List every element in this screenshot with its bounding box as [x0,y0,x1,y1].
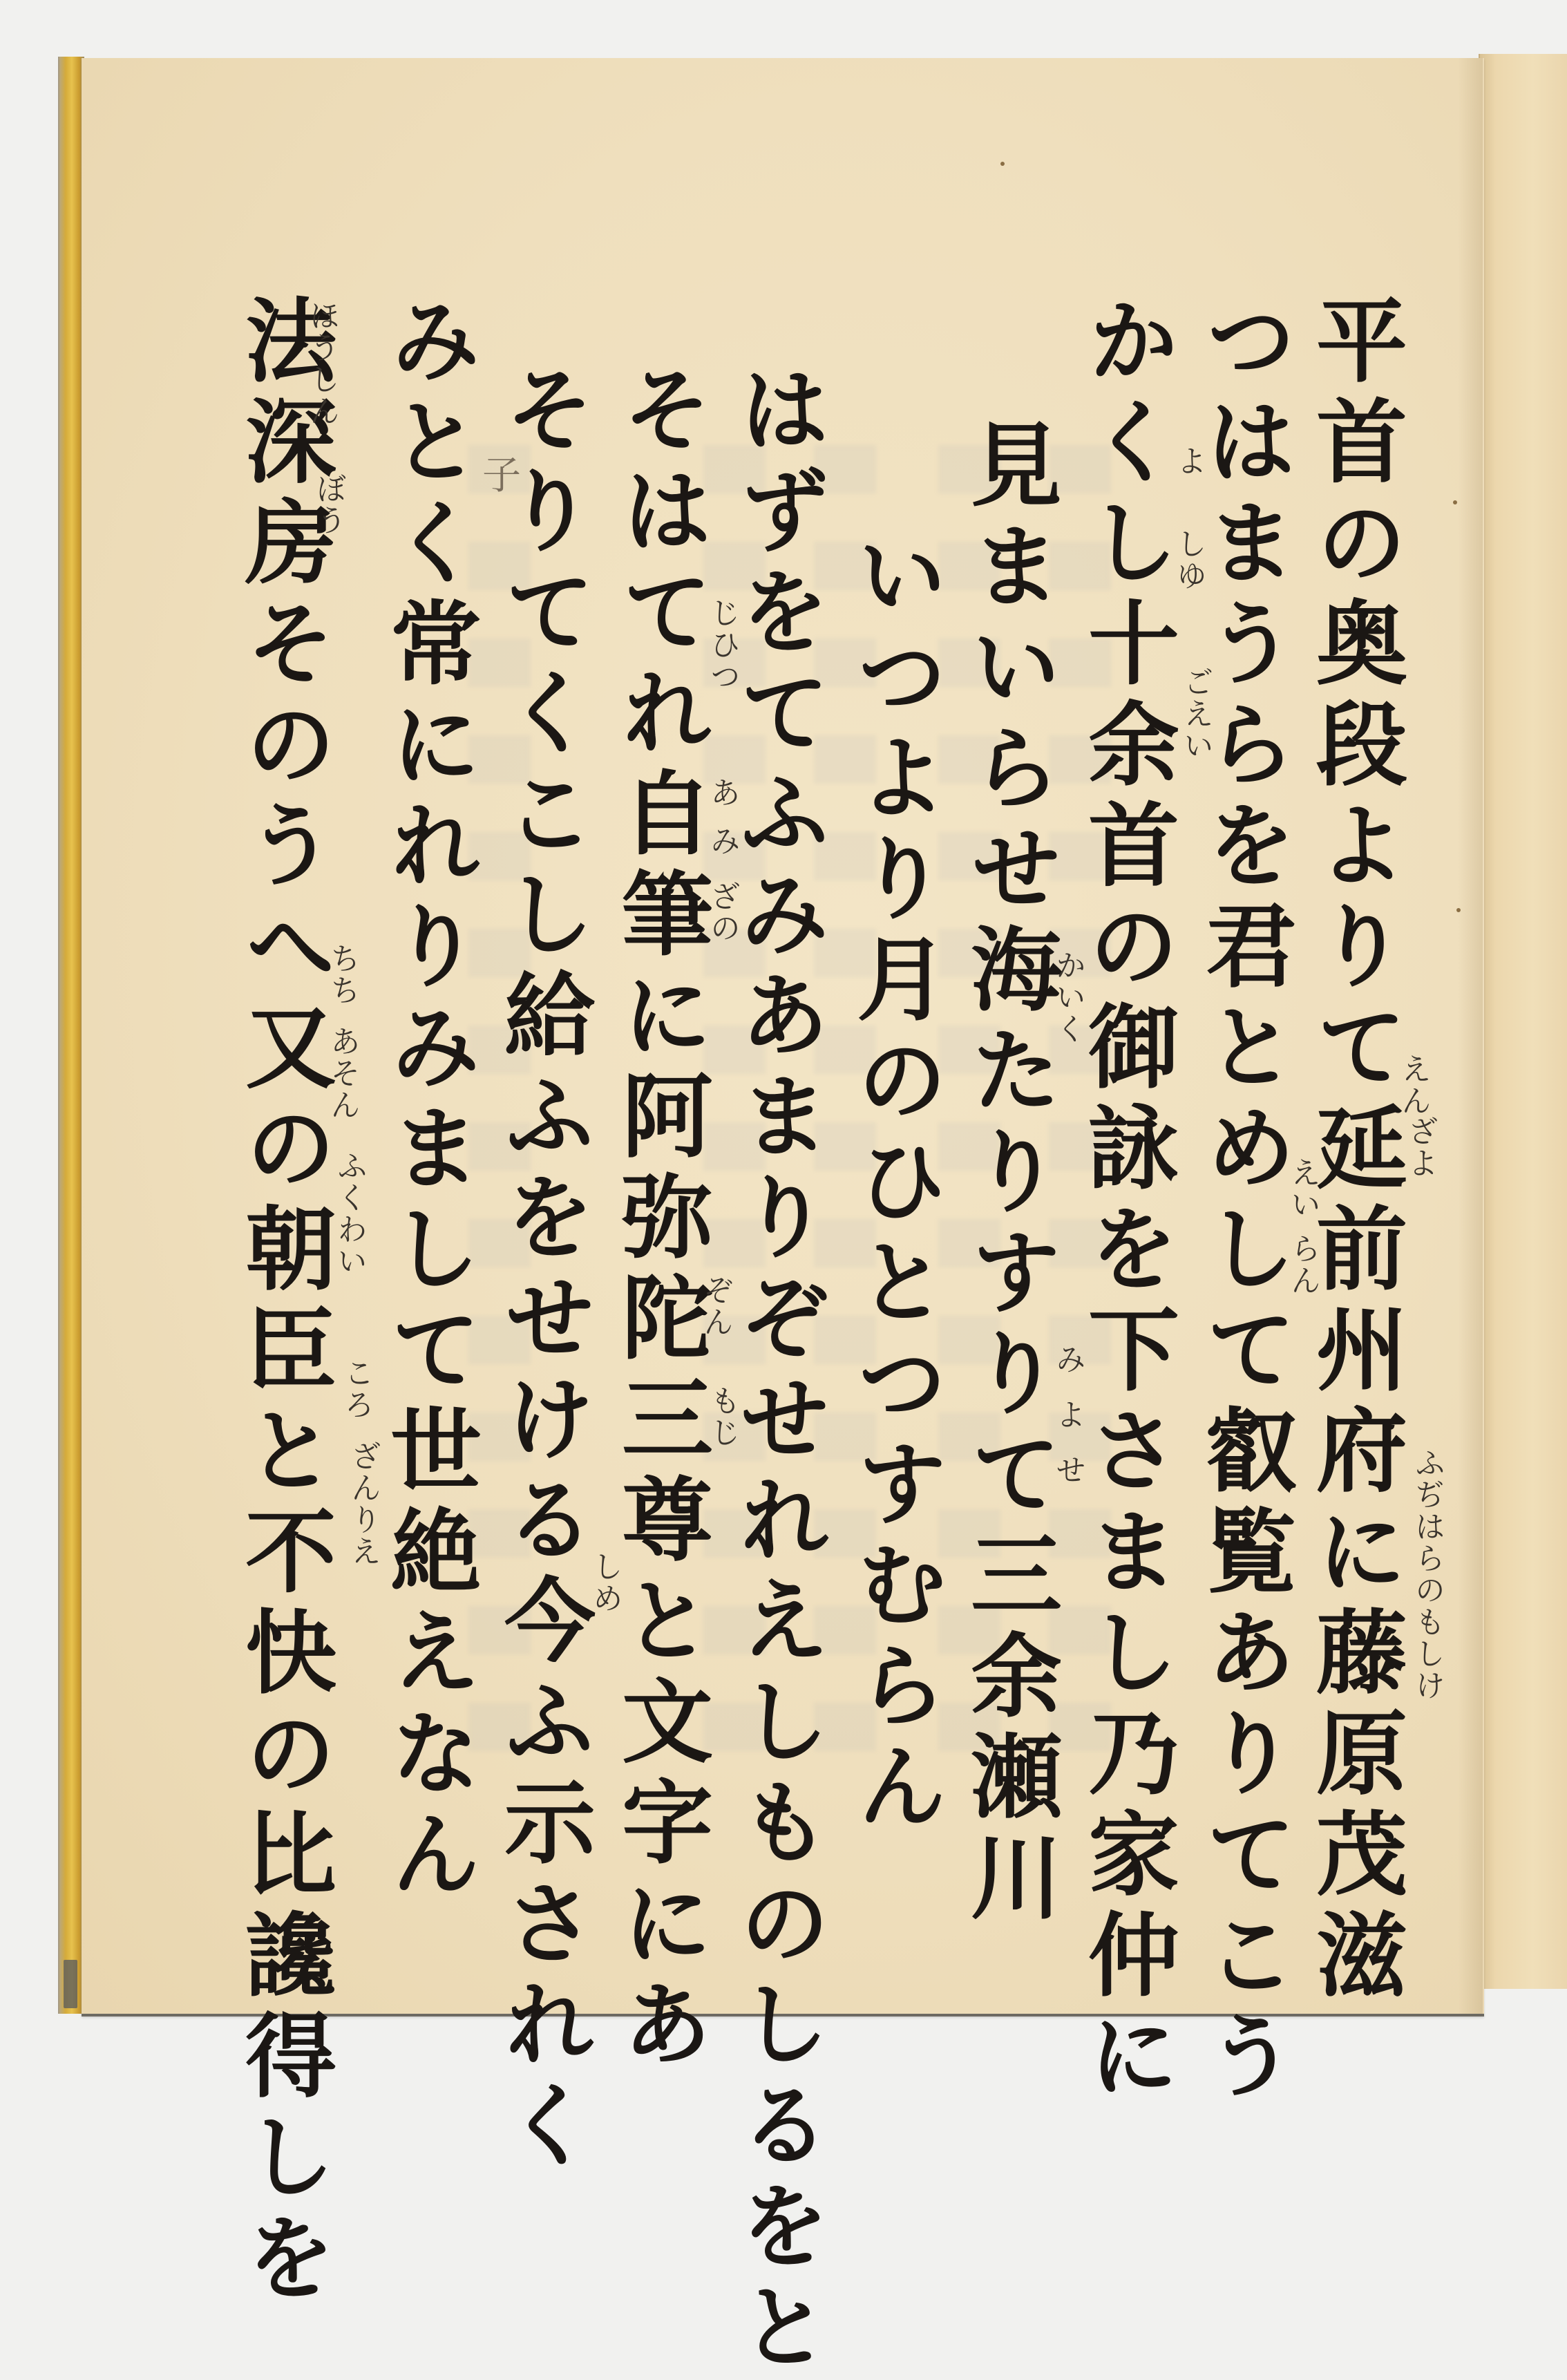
text-column-9: みとく常にれりみまして世絶えなん [382,293,473,1907]
ruby-column-10b: ぼう [313,473,343,536]
ruby-column-3a: よ [1173,445,1204,477]
text-column-1: 平首の奥段よりて延前州府に藤原茂滋 [1308,293,1399,2008]
book-spread: 平首の奥段よりて延前州府に藤原茂滋 えん ざよ ふぢはらのもしけ つはまうらを君… [0,0,1567,2073]
ruby-column-10g: ざんりえ [348,1440,378,1567]
ruby-column-7d: ざの [707,880,737,944]
ruby-column-10c: ちち [327,943,357,1006]
ruby-column-2a: えい [1287,1157,1318,1220]
text-column-10: 法深房そのうへ又の朝臣と不快の比讒得しを [237,293,328,2073]
ink-speck [1453,500,1457,504]
ruby-column-7b: あ [707,777,737,809]
ruby-column-10d: あそん [327,1026,357,1121]
text-column-5: いつより月のひとつすむらん [848,528,940,1840]
ruby-column-3c: ごえい [1180,666,1210,762]
ruby-column-8a: しめ [589,1551,620,1614]
text-column-8: そりてくこし給ふをせける今ふ示されく [496,362,587,2073]
margin-annotation: 子 [482,445,521,500]
book-spine-binding [58,57,84,2014]
text-column-7: そはてれ自筆に阿弥陀三尊と文字にあ [614,362,705,2073]
ruby-column-4d: せ [1052,1454,1083,1486]
ink-speck [1000,162,1005,166]
ruby-column-10a: ほうしん [306,300,336,427]
ruby-column-3b: しゆ [1173,528,1204,592]
ruby-column-4c: よ [1052,1399,1083,1430]
ruby-column-10f: ころ [341,1357,371,1421]
text-column-3: かくし十余首の御詠を下さまし乃家仲に [1080,293,1171,2073]
ruby-column-7a: じひつ [707,597,737,692]
ruby-column-7f: もじ [707,1385,737,1448]
ruby-column-4b: み [1052,1343,1083,1375]
ruby-column-7c: み [707,825,737,857]
ruby-column-7e: ぞん [700,1274,730,1338]
ruby-column-4a: かいく [1052,950,1083,1045]
ruby-column-1b: ざよ [1405,1115,1435,1179]
text-column-6: はずをてふみあまりぞせれえしものしるをと [731,362,822,2073]
ruby-column-2b: らん [1287,1233,1318,1296]
ruby-column-10e: ふくわい [334,1150,364,1277]
text-column-2: つはまうらを君とめして叡覧ありてこう [1197,293,1289,2073]
facing-page-edge [1479,54,1567,1989]
gutter-shadow [1458,58,1483,2014]
ruby-column-1a: えん [1398,1053,1428,1117]
ruby-column-1c: ふぢはらのもしけ [1412,1447,1442,1701]
text-column-4: 見まいらせ海たりすりて三余瀬川 [962,417,1054,1931]
manuscript-page: 平首の奥段よりて延前州府に藤原茂滋 えん ざよ ふぢはらのもしけ つはまうらを君… [82,58,1484,2017]
